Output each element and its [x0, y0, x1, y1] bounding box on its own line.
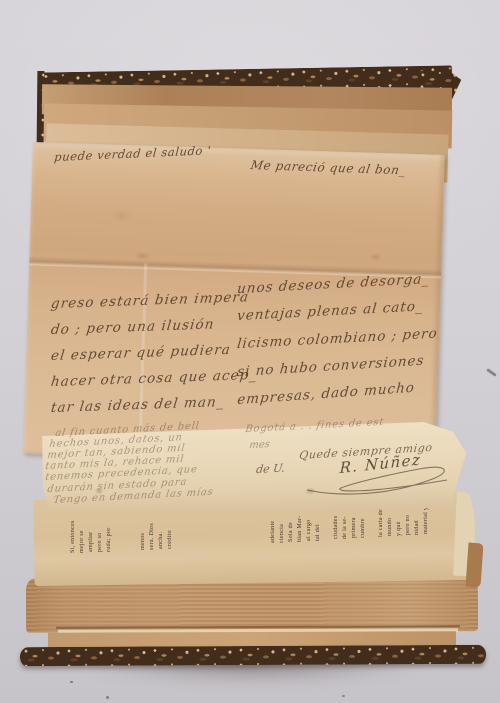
printed-text-fragment: ampliar [88, 532, 94, 552]
printed-text-fragment: mejor se [79, 530, 85, 553]
dust-speck [106, 696, 109, 699]
printed-text-fragment: pero no [405, 515, 411, 535]
dust-speck [342, 695, 345, 697]
printed-text-fragment: y qué [396, 521, 402, 536]
printed-text-fragment: menos [140, 533, 146, 550]
printed-text-fragment: tal del [315, 524, 321, 541]
printed-text-fragment: adelante [270, 521, 276, 543]
printed-text-fragment: la carta de [378, 509, 384, 537]
printed-text-fragment: al cargo [306, 520, 312, 541]
printed-text-fragment: Sola de [288, 522, 294, 542]
letter-stain [369, 253, 381, 261]
closing-line: de U. [255, 461, 285, 476]
letter-stain [134, 251, 150, 260]
dust-speck [70, 681, 73, 683]
faint-handwriting-place-line: mes [249, 439, 271, 451]
printed-text-fragment: primera [351, 517, 357, 538]
wall-scratch-mark [486, 368, 497, 377]
photo-of-open-book-with-letter: Si, entonces mejor se ampliar pero so ru… [0, 0, 500, 703]
text-block-right-side [465, 543, 483, 588]
printed-text-fragment: ancha. [158, 532, 164, 549]
printed-text-fragment: cumbre [360, 518, 366, 538]
printed-text-fragment: ciencia [279, 524, 285, 543]
letter-stain [111, 208, 133, 223]
printed-text-fragment: ciudades [333, 516, 339, 539]
printed-text-fragment: ruda; por [106, 527, 112, 552]
book-bottom-cover-marbled-edge [20, 645, 486, 666]
signature-flourish-icon [295, 452, 460, 500]
printed-text-fragment: pero so [97, 532, 103, 552]
printed-text-fragment: material y [423, 507, 429, 534]
text-block-fore-edge [26, 577, 478, 633]
printed-text-fragment: nidad [414, 520, 420, 535]
printed-text-fragment: crédito [167, 530, 173, 549]
printed-text-fragment: blan Mar- [297, 516, 303, 542]
printed-text-fragment: mundo [387, 518, 393, 536]
printed-text-fragment: de la se- [342, 516, 348, 539]
printed-text-fragment: será. Dios [149, 523, 155, 550]
printed-text-fragment: Si, entonces [70, 520, 76, 553]
